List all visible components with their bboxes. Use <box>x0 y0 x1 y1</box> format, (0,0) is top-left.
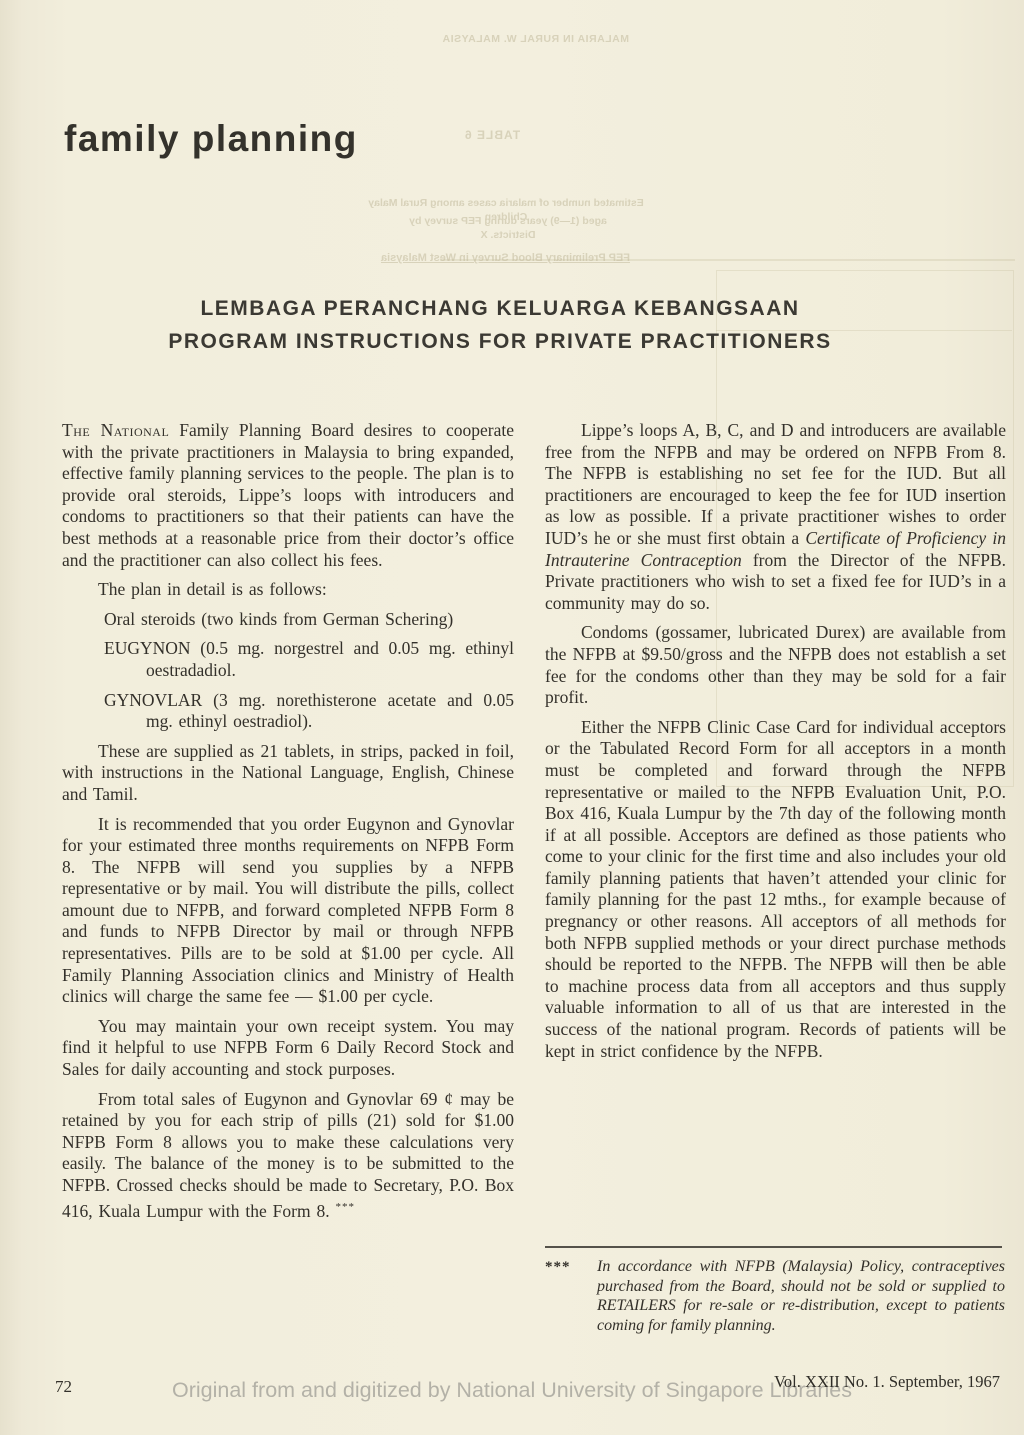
ordering-paragraph: It is recommended that you order Eugynon… <box>62 814 514 1008</box>
right-column: Lippe’s loops A, B, C, and D and introdu… <box>545 420 1006 1062</box>
doc-heading: LEMBAGA PERANCHANG KELUARGA KEBANGSAAN P… <box>0 292 1000 358</box>
left-column: The National Family Planning Board desir… <box>62 420 514 1222</box>
intro-lead-small-caps: The National <box>62 420 169 440</box>
condoms-paragraph: Condoms (gossamer, lubricated Durex) are… <box>545 622 1006 708</box>
page-title: family planning <box>64 118 358 160</box>
intro-paragraph: The National Family Planning Board desir… <box>62 420 514 571</box>
records-paragraph: Either the NFPB Clinic Case Card for ind… <box>545 717 1006 1063</box>
lippes-loops-paragraph: Lippe’s loops A, B, C, and D and introdu… <box>545 420 1006 614</box>
bleed-through-line-1: MALARIA IN RURAL W. MALAYSIA <box>428 33 643 47</box>
supply-paragraph: These are supplied as 21 tablets, in str… <box>62 741 514 806</box>
page-number: 72 <box>55 1377 72 1397</box>
plan-list-item-oral-steroids: Oral steroids (two kinds from German Sch… <box>62 609 514 631</box>
sales-paragraph-text: From total sales of Eugynon and Gynovlar… <box>62 1089 514 1221</box>
bleed-through-line-4: aged (1—9) years during FEP survey by Di… <box>388 215 628 242</box>
doc-heading-line-2: PROGRAM INSTRUCTIONS FOR PRIVATE PRACTIT… <box>0 325 1000 358</box>
bleed-through-rule <box>440 259 1015 261</box>
doc-heading-line-1: LEMBAGA PERANCHANG KELUARGA KEBANGSAAN <box>0 292 1000 325</box>
footnote-marker: *** <box>545 1258 571 1278</box>
intro-paragraph-text: Family Planning Board desires to coopera… <box>62 420 514 570</box>
sales-paragraph: From total sales of Eugynon and Gynovlar… <box>62 1089 514 1222</box>
footnote-text: In accordance with NFPB (Malaysia) Polic… <box>597 1257 1005 1335</box>
issue-info: Vol. XXII No. 1. September, 1967 <box>774 1372 1000 1392</box>
plan-list-item-gynovlar: GYNOVLAR (3 mg. norethisterone acetate a… <box>62 690 514 733</box>
receipt-paragraph: You may maintain your own receipt system… <box>62 1016 514 1081</box>
plan-list-item-eugynon: EUGYNON (0.5 mg. norgestrel and 0.05 mg.… <box>62 638 514 681</box>
bleed-through-line-2: TABLE 6 <box>452 128 532 144</box>
footnote-reference-stars: *** <box>335 1201 355 1213</box>
plan-detail-line: The plan in detail is as follows: <box>62 579 514 601</box>
footnote: *** In accordance with NFPB (Malaysia) P… <box>545 1257 1005 1335</box>
footnote-rule <box>545 1246 1002 1248</box>
